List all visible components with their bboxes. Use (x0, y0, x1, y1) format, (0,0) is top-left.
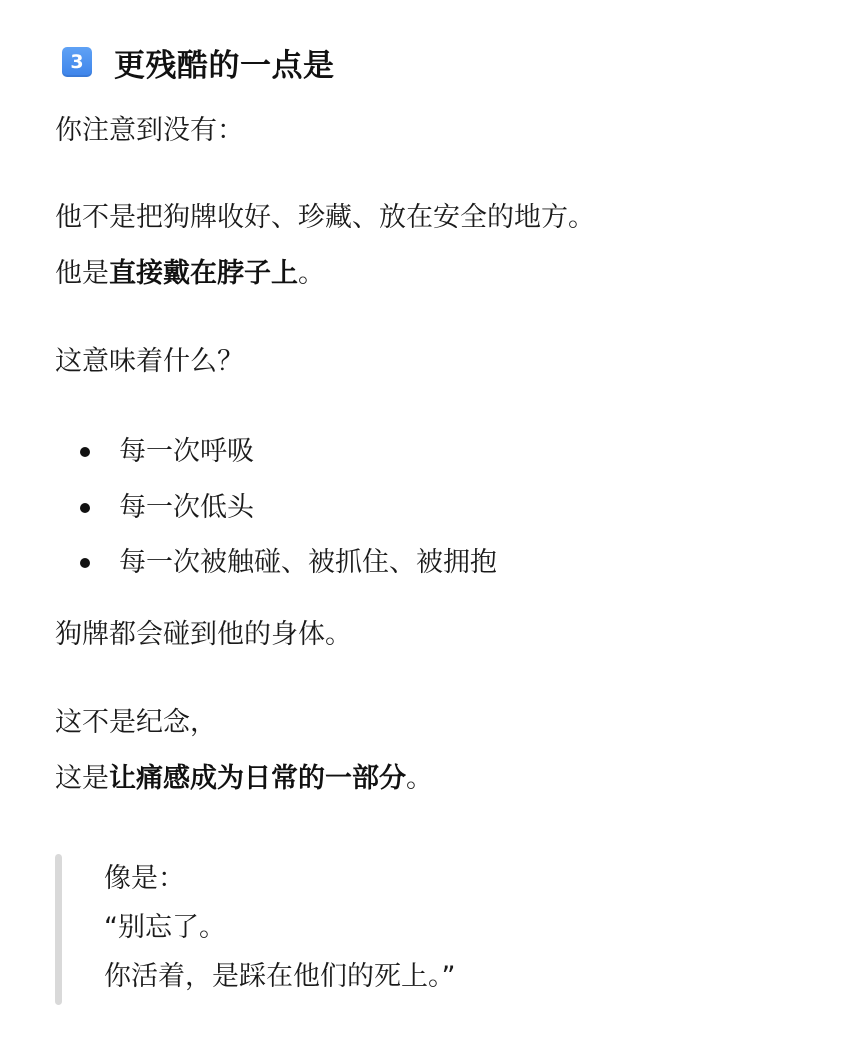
is-suffix: 。 (406, 763, 433, 794)
line2-bold: 直接戴在脖子上 (109, 258, 298, 289)
bullet-icon (80, 447, 90, 457)
paragraph-intro: 你注意到没有： (55, 111, 244, 151)
paragraph-after-list: 狗牌都会碰到他的身体。 (55, 615, 352, 655)
is-prefix: 这是 (55, 763, 109, 794)
quote-line: “别忘了。 (104, 908, 226, 948)
paragraph-line2: 他是直接戴在脖子上。 (55, 254, 325, 294)
list-item: 每一次被触碰、被抓住、被拥抱 (55, 543, 497, 583)
list-item-text: 每一次低头 (119, 488, 254, 528)
line2-suffix: 。 (298, 258, 325, 289)
quote-line: 你活着，是踩在他们的死上。” (104, 957, 456, 997)
list-item-text: 每一次呼吸 (119, 432, 254, 472)
list-item: 每一次低头 (55, 488, 254, 528)
blockquote: 像是： “别忘了。 你活着，是踩在他们的死上。” (55, 854, 655, 1005)
is-bold: 让痛感成为日常的一部分 (109, 763, 406, 794)
paragraph-not-memorial: 这不是纪念， (55, 703, 217, 743)
quote-line: 像是： (104, 859, 185, 899)
bullet-icon (80, 503, 90, 513)
keycap-number-icon: 3 (62, 47, 92, 77)
list-item-text: 每一次被触碰、被抓住、被拥抱 (119, 543, 497, 583)
paragraph-question: 这意味着什么？ (55, 342, 244, 382)
list-item: 每一次呼吸 (55, 432, 254, 472)
line2-prefix: 他是 (55, 258, 109, 289)
section-heading: 3 更残酷的一点是 (62, 40, 335, 84)
heading-title: 更残酷的一点是 (114, 40, 335, 85)
bullet-icon (80, 558, 90, 568)
paragraph-is: 这是让痛感成为日常的一部分。 (55, 759, 433, 799)
blockquote-bar (55, 854, 62, 1005)
paragraph-line1: 他不是把狗牌收好、珍藏、放在安全的地方。 (55, 198, 595, 238)
